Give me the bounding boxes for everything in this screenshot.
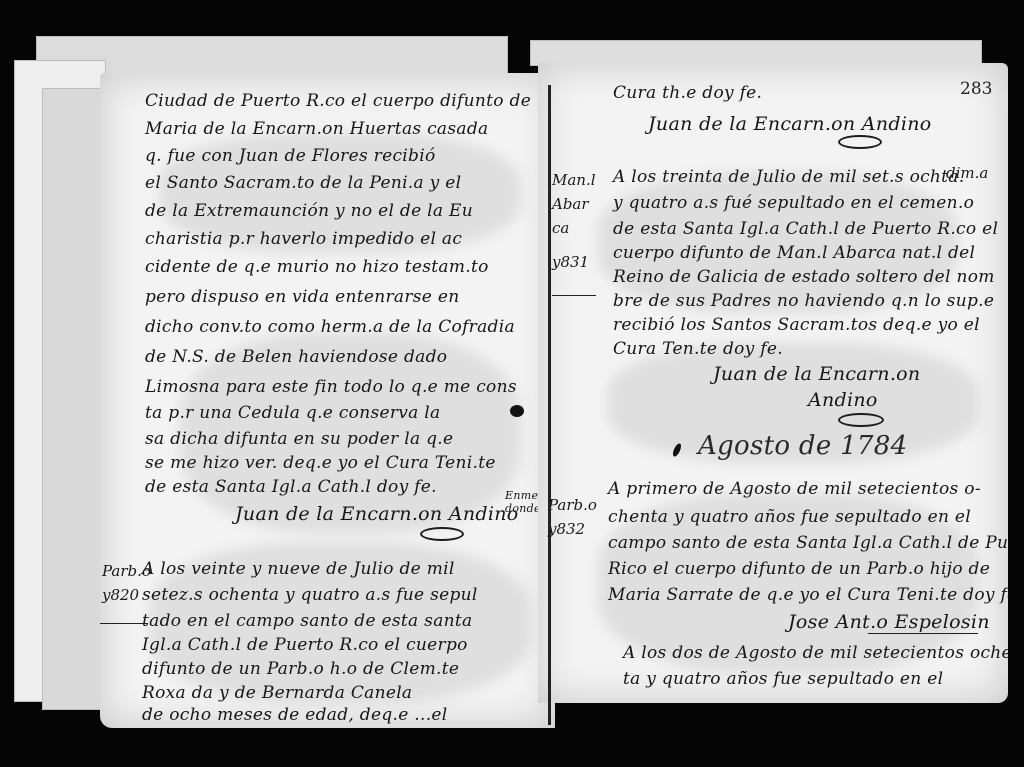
left-entry2-line-3: tado en el campo santo de esta santa	[142, 611, 472, 631]
left-entry2-line-5: difunto de un Parb.o h.o de Clem.te	[142, 659, 459, 679]
margin-underline	[100, 623, 148, 624]
left-line-12: ta p.r una Cedula q.e conserva la	[145, 403, 440, 423]
signature-underline	[868, 633, 978, 634]
right-entry2-line-5: Maria Sarrate de q.e yo el Cura Teni.te …	[608, 585, 1008, 605]
right-entry1-line-8: Cura Ten.te doy fe.	[613, 339, 783, 359]
left-line-15: de esta Santa Igl.a Cath.l doy fe.	[145, 477, 437, 497]
left-line-10: de N.S. de Belen haviendose dado	[145, 347, 447, 367]
left-line-14: se me hizo ver. deq.e yo el Cura Teni.te	[145, 453, 496, 473]
left-line-1: Ciudad de Puerto R.co el cuerpo difunto …	[145, 91, 531, 111]
right-entry2-line-3: campo santo de esta Santa Igl.a Cath.l d…	[608, 533, 1008, 553]
right-entry3-line-1: A los dos de Agosto de mil setecientos o…	[623, 643, 1008, 663]
right-signature-2-name: Juan de la Encarn.on	[713, 363, 920, 385]
margin-underline	[552, 295, 596, 296]
right-signature-1: Juan de la Encarn.on Andino	[648, 113, 931, 135]
right-entry1-line-6: bre de sus Padres no haviendo q.n lo sup…	[613, 291, 994, 311]
right-entry1-line-1: A los treinta de Julio de mil set.s ocht…	[613, 167, 964, 187]
left-page: Ciudad de Puerto R.co el cuerpo difunto …	[100, 73, 555, 728]
scan-viewport: 92 Ciudad de Puerto R.co el cuerpo difun…	[0, 0, 1024, 767]
left-line-3: q. fue con Juan de Flores recibió	[145, 146, 435, 166]
right-entry1-line-7: recibió los Santos Sacram.tos deq.e yo e…	[613, 315, 980, 335]
right-top-line: Cura th.e doy fe.	[613, 83, 762, 103]
open-register-book: Ciudad de Puerto R.co el cuerpo difunto …	[60, 55, 1005, 735]
right-entry1-line-5: Reino de Galicia de estado soltero del n…	[613, 267, 995, 287]
right-entry2-line-1: A primero de Agosto de mil setecientos o…	[608, 479, 981, 499]
signature-flourish	[838, 413, 884, 427]
right-entry1-line-2: y quatro a.s fué sepultado en el cemen.o	[613, 193, 974, 213]
right-entry2-signature: Jose Ant.o Espelosin	[788, 611, 990, 633]
left-entry2-line-7: de ocho meses de edad, deq.e ...el	[142, 705, 448, 725]
left-line-7: cidente de q.e murio no hizo testam.to	[145, 257, 489, 277]
left-entry2-line-4: Igl.a Cath.l de Puerto R.co el cuerpo	[142, 635, 468, 655]
left-line-11: Limosna para este fin todo lo q.e me con…	[145, 377, 517, 397]
right-signature-2-surname: Andino	[808, 389, 878, 411]
left-signature: Juan de la Encarn.on Andino	[235, 503, 518, 525]
signature-flourish	[420, 527, 464, 541]
left-entry2-line-1: A los veinte y nueve de Julio de mil	[142, 559, 455, 579]
right-entry2-line-4: Rico el cuerpo difunto de un Parb.o hijo…	[608, 559, 990, 579]
right-entry1-line-4: cuerpo difunto de Man.l Abarca nat.l del	[613, 243, 975, 263]
left-line-6: charistia p.r haverlo impedido el ac	[145, 229, 462, 249]
right-entry2-line-2: chenta y quatro años fue sepultado en el	[608, 507, 971, 527]
right-entry3-line-2: ta y quatro años fue sepultado en el	[623, 669, 943, 689]
left-line-9: dicho conv.to como herm.a de la Cofradia	[145, 317, 515, 337]
left-line-8: pero dispuso en vida entenrarse en	[145, 287, 459, 307]
page-number: 283	[960, 79, 992, 99]
left-line-2: Maria de la Encarn.on Huertas casada	[145, 119, 488, 139]
right-entry1-line-3: de esta Santa Igl.a Cath.l de Puerto R.c…	[613, 219, 998, 239]
left-line-5: de la Extremaunción y no el de la Eu	[145, 201, 473, 221]
month-heading: Agosto de 1784	[698, 431, 907, 461]
signature-flourish	[838, 135, 882, 149]
right-entry1-margin: Man.l Abar ca y831	[552, 168, 607, 274]
left-entry2-line-2: setez.s ochenta y quatro a.s fue sepul	[142, 585, 478, 605]
right-page: 283 Cura th.e doy fe. Juan de la Encarn.…	[538, 63, 1008, 703]
right-entry2-margin: Parb.o y832	[548, 493, 593, 541]
left-line-4: el Santo Sacram.to de la Peni.a y el	[145, 173, 461, 193]
left-line-13: sa dicha difunta en su poder la q.e	[145, 429, 453, 449]
book-gutter	[548, 85, 551, 725]
left-entry2-line-6: Roxa da y de Bernarda Canela	[142, 683, 412, 703]
ink-blot	[510, 405, 524, 417]
